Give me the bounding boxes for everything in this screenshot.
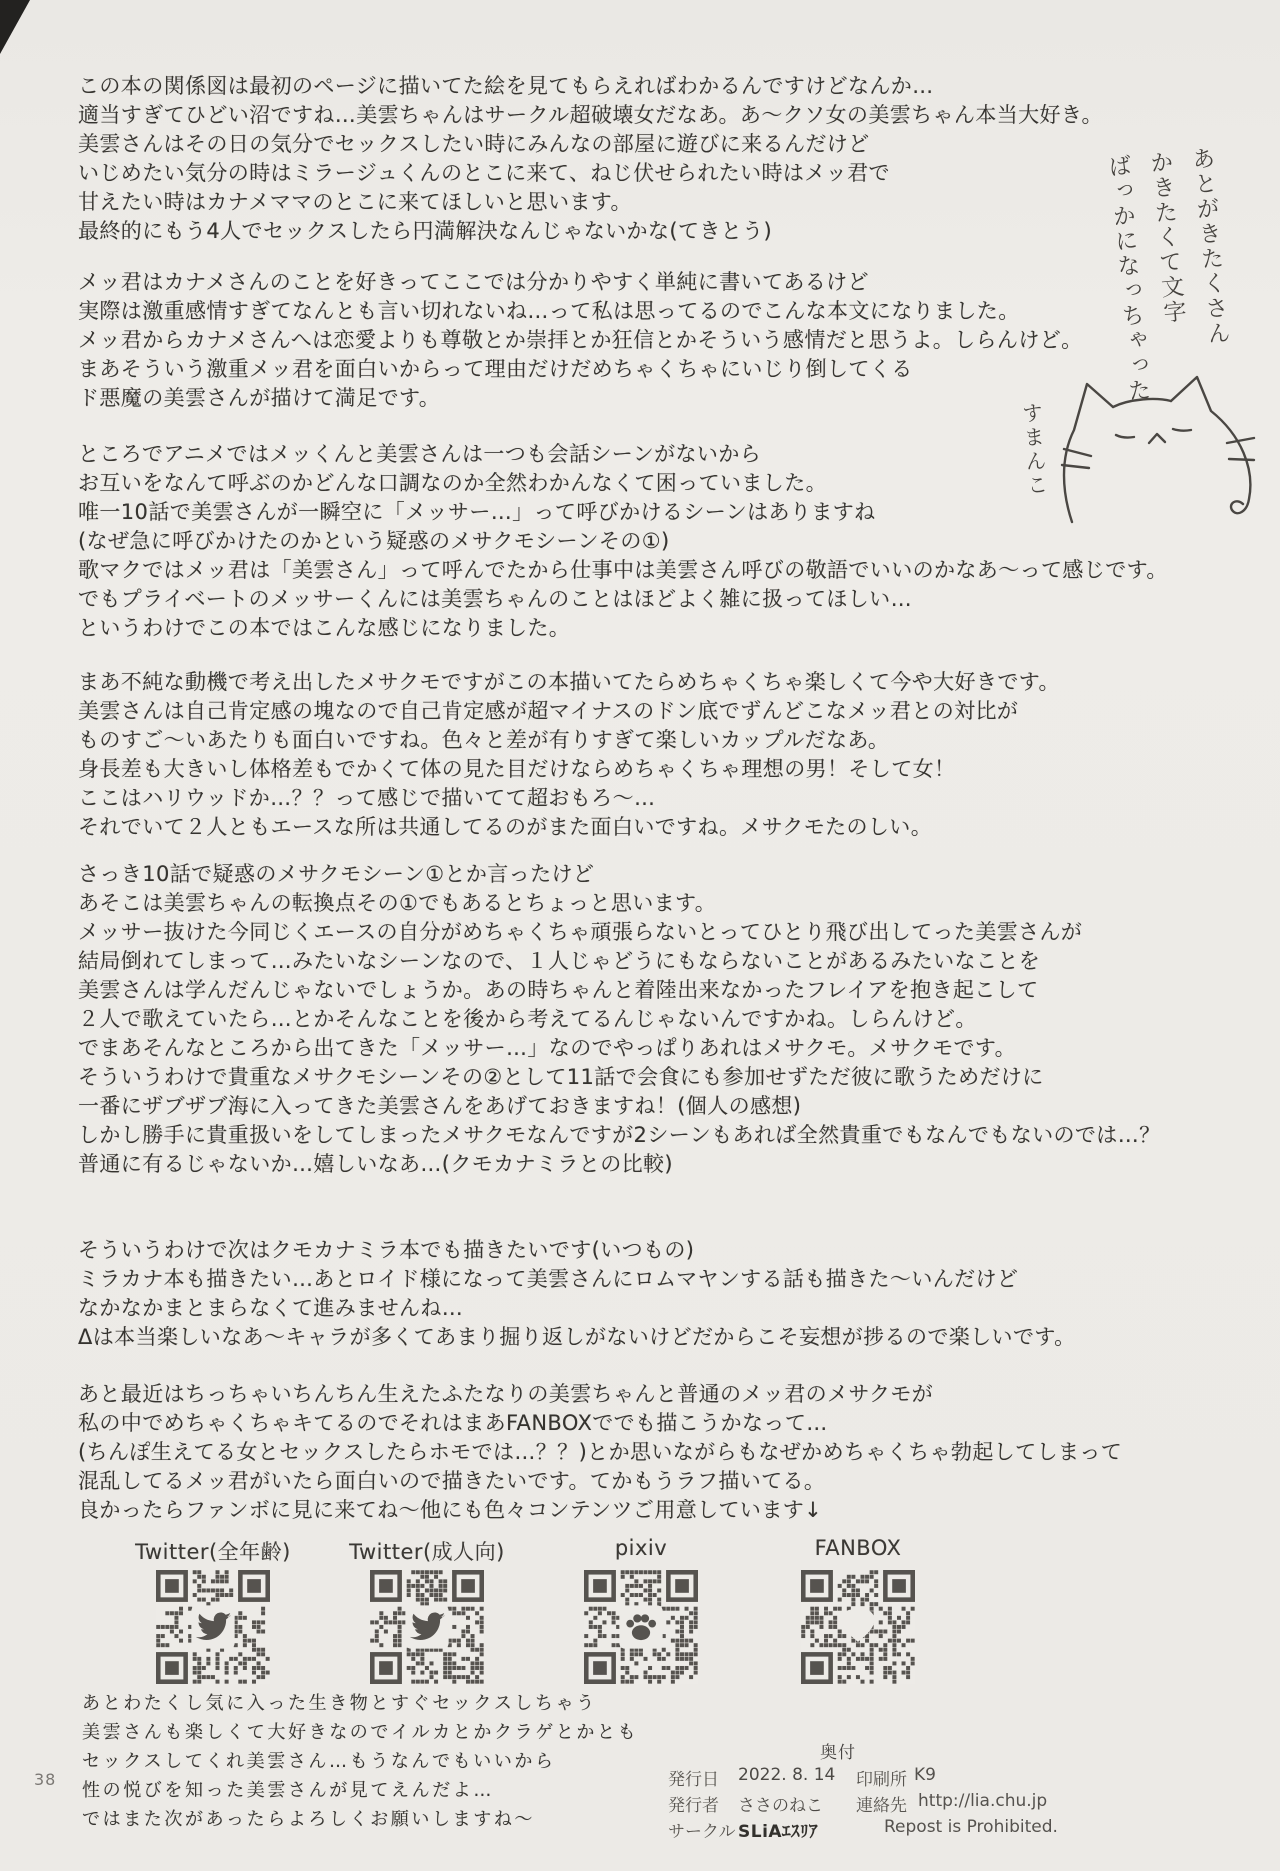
afterword-paragraph-3: ところでアニメではメッくんと美雲さんは一つも会話シーンがないからお互いをなんて呼…	[78, 440, 1168, 643]
scan-fold-artifact	[0, 0, 30, 54]
afterword-paragraph-4: まあ不純な動機で考え出したメサクモですがこの本描いてたらめちゃくちゃ楽しくて今や…	[78, 668, 1060, 842]
colophon-label-printer: 印刷所	[856, 1765, 907, 1790]
qr-code-pixiv	[584, 1570, 698, 1684]
cat-eye-left	[1116, 435, 1134, 438]
qr-code-fanbox	[801, 1570, 915, 1684]
colophon-value-contact: http://lia.chu.jp	[918, 1791, 1047, 1811]
qr-item-twitter-allages: Twitter(全年齢)	[103, 1536, 323, 1688]
qr-label: pixiv	[531, 1536, 751, 1570]
qr-label: Twitter(成人向)	[317, 1536, 537, 1570]
repost-prohibited-notice: Repost is Prohibited.	[884, 1817, 1058, 1837]
cat-mouth	[1149, 434, 1165, 443]
colophon-value-circle: SLiAｴｽﾘｱ	[738, 1817, 818, 1842]
colophon-row: 発行日 2022. 8. 14 印刷所 K9	[668, 1765, 1138, 1789]
qr-item-twitter-adult: Twitter(成人向)	[317, 1536, 537, 1688]
qr-label: Twitter(全年齢)	[103, 1536, 323, 1570]
qr-code-twitter-allages	[156, 1570, 270, 1684]
colophon-value-printer: K9	[914, 1765, 936, 1785]
colophon-label-contact: 連絡先	[856, 1791, 907, 1816]
cat-doodle	[1056, 372, 1268, 524]
colophon-label-publish-date: 発行日	[668, 1765, 719, 1790]
closing-paragraph: あとわたくし気に入った生き物とすぐセックスしちゃう美雲さんも楽しくて大好きなので…	[82, 1689, 638, 1834]
page-number: 38	[34, 1770, 56, 1789]
afterword-paragraph-1: この本の関係図は最初のページに描いてた絵を見てもらえればわかるんですけどなんか……	[78, 72, 1103, 246]
colophon-label-publisher: 発行者	[668, 1791, 719, 1816]
cat-body-left	[1064, 384, 1113, 522]
afterword-paragraph-6: そういうわけで次はクモカナミラ本でも描きたいです(いつもの)ミラカナ本も描きたい…	[78, 1236, 1075, 1352]
colophon-row: サークル SLiAｴｽﾘｱ Repost is Prohibited.	[668, 1817, 1138, 1841]
cat-body-right	[1171, 377, 1250, 513]
afterword-paragraph-5: さっき10話で疑惑のメサクモシーン①とか言ったけどあそこは美雲ちゃんの転換点その…	[78, 860, 1161, 1179]
cat-head-top	[1113, 399, 1171, 407]
colophon-value-publish-date: 2022. 8. 14	[738, 1765, 835, 1785]
colophon-value-publisher: ささのねこ	[738, 1791, 823, 1816]
qr-code-twitter-adult	[370, 1570, 484, 1684]
qr-item-fanbox: FANBOX	[748, 1536, 968, 1688]
doujin-afterword-page: この本の関係図は最初のページに描いてた絵を見てもらえればわかるんですけどなんか……	[0, 0, 1280, 1871]
cat-eye-right	[1173, 429, 1191, 431]
afterword-paragraph-2: メッ君はカナメさんのことを好きってここでは分かりやすく単純に書いてあるけど実際は…	[78, 268, 1083, 413]
colophon-title: 奥付	[820, 1738, 856, 1763]
colophon-row: 発行者 ささのねこ 連絡先 http://lia.chu.jp	[668, 1791, 1138, 1815]
colophon-label-circle: サークル	[668, 1817, 736, 1842]
qr-label: FANBOX	[748, 1536, 968, 1570]
qr-item-pixiv: pixiv	[531, 1536, 751, 1688]
afterword-paragraph-7: あと最近はちっちゃいちんちん生えたふたなりの美雲ちゃんと普通のメッ君のメサクモが…	[78, 1380, 1122, 1525]
